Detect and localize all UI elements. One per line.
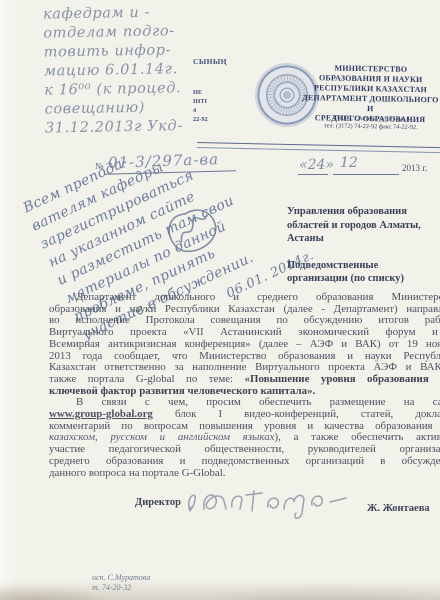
- letter-body: Департамент дошкольного и среднего образ…: [49, 292, 440, 479]
- addressee-group-2: Подведомственныеорганизации (по списку): [287, 259, 440, 286]
- signer-title: Директор: [135, 497, 181, 508]
- signer-name: Ж. Жонтаева: [367, 503, 430, 514]
- date-day-underline: [298, 174, 328, 175]
- letterhead-address: 473000, г.Астана, ул. 35-ая, 8тел: (3172…: [302, 114, 440, 132]
- date-year-printed: 2013 г.: [402, 163, 427, 173]
- addressee-group-1: Управления образованияобластей и городов…: [287, 205, 440, 246]
- executor-note: исп. С.Муратоват. 74-20-32: [92, 573, 150, 592]
- addressee-block: Управления образованияобластей и городов…: [287, 205, 440, 286]
- body-paragraph-1: Департамент дошкольного и среднего образ…: [49, 292, 440, 397]
- date-day-handwritten: «24»: [299, 157, 334, 173]
- date-month-underline: [333, 174, 399, 175]
- body-paragraph-2: В связи с чем, просим обеспечить размеще…: [49, 397, 440, 479]
- scanned-letter-page: { "top_note": { "lines": [ "кафедрам и -…: [0, 0, 440, 600]
- director-signature-scrawl: [182, 484, 352, 522]
- date-month-handwritten: 12: [340, 155, 358, 171]
